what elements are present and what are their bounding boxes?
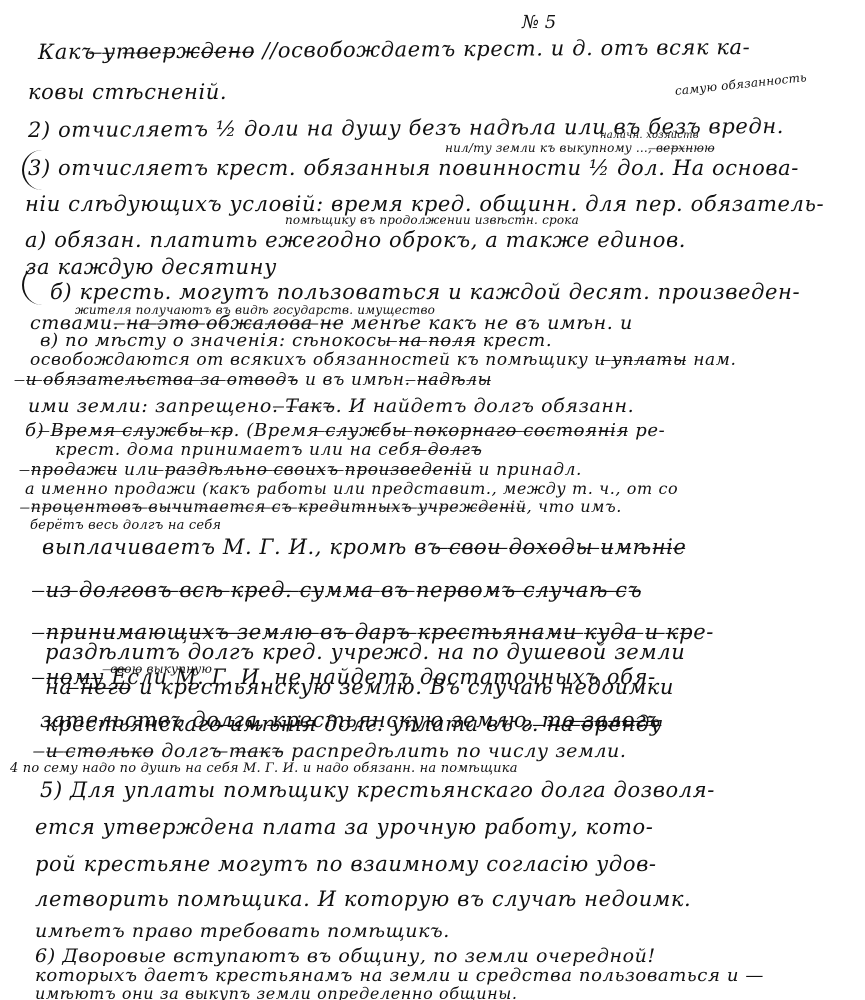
- text-line: крест. дома принимаетъ или на себя ̶д̶о̶…: [55, 440, 483, 460]
- text-line: освобождаются от всякихъ обязанностей къ…: [30, 350, 736, 370]
- text-line: ̶и̶ ̶с̶т̶о̶л̶ь̶к̶о̶ долгъ ̶т̶а̶к̶ъ̶ расп…: [45, 740, 627, 762]
- text-line: б) ̶В̶р̶е̶м̶я̶ ̶с̶л̶у̶ж̶б̶ы̶ ̶к̶р̶. (Вре…: [25, 420, 665, 441]
- text-line: а) обязан. платить ежегодно оброкъ, а та…: [25, 228, 686, 252]
- text-line: имѣютъ они за выкупъ земли определенно о…: [35, 984, 518, 1000]
- text-line: летворить помѣщика. И которую въ случаѣ …: [35, 887, 691, 911]
- text-line: б) кресть. могутъ пользоваться и каждой …: [50, 280, 800, 304]
- text-line: в) по мѣсту о значенія: сѣнокосы ̶н̶а̶ ̶…: [40, 330, 552, 351]
- text-line: имѣетъ право требовать помѣщикъ.: [35, 920, 450, 942]
- text-line: ̶п̶р̶о̶д̶а̶ж̶и̶ или ̶р̶а̶з̶д̶ѣ̶л̶ь̶н̶о̶ …: [30, 460, 582, 480]
- text-line: ̶и̶з̶ ̶д̶о̶л̶г̶о̶в̶ъ̶ ̶в̶с̶ѣ̶ ̶к̶р̶е̶д̶.…: [45, 578, 642, 602]
- text-line: 5) Для уплаты помѣщику крестьянскаго дол…: [40, 778, 715, 802]
- text-line: на ̶н̶е̶г̶о̶ и крестьянскую землю. Въ сл…: [45, 675, 674, 699]
- margin-note: 4 по сему надо по душѣ на себя М. Г. И. …: [10, 761, 518, 776]
- text-line: которыхъ даетъ крестьянамъ на земли и ср…: [35, 965, 764, 986]
- interlinear-insert: нил/ту земли къ выкупному ..., ̶в̶е̶р̶х̶…: [445, 141, 715, 155]
- text-line: а именно продажи (какъ работы или предст…: [25, 479, 678, 498]
- text-line: крестьянскаго ̶и̶м̶ѣ̶н̶і̶я̶ долг. уплата…: [45, 712, 663, 736]
- text-line: раздѣлитъ долгъ кред. учрежд. на по душе…: [45, 640, 685, 664]
- text-line: ̶и̶ ̶о̶б̶я̶з̶а̶т̶е̶л̶ь̶с̶т̶в̶а̶ ̶з̶а̶ ̶о…: [25, 370, 492, 390]
- text-line: 2) отчисляетъ ½ доли на душу безъ надѣла…: [28, 114, 784, 142]
- interlinear-insert: самую обязанность: [674, 70, 807, 98]
- text-line: ется утверждена плата за урочную работу,…: [35, 815, 654, 839]
- page-number-mark: № 5: [522, 12, 556, 33]
- interlinear-insert: ̶с̶в̶о̶ю̶ выкупную: [110, 662, 212, 676]
- text-line: берётъ весь долгъ на себя: [30, 518, 221, 533]
- text-line: выплачиваетъ М. Г. И., кромѣ въ ̶с̶в̶о̶и…: [42, 535, 686, 559]
- text-line: рой крестьяне могутъ по взаимному соглас…: [35, 852, 657, 876]
- text-line: ковы стѣсненій.: [28, 80, 227, 104]
- text-line: 3) отчисляетъ крест. обязанныя повинност…: [28, 156, 799, 180]
- text-line: за каждую десятину: [25, 255, 277, 279]
- text-line: 6) Дворовые вступаютъ въ общину, по земл…: [35, 945, 656, 967]
- manuscript-page: № 5 самую обязанность нил/ту земли къ вы…: [0, 0, 865, 1000]
- text-line: ніи слѣдующихъ условій: время кред. общи…: [25, 192, 824, 216]
- text-line: Какъ ̶у̶т̶в̶е̶р̶ж̶д̶е̶н̶о̶ //освобождает…: [38, 35, 750, 64]
- text-line: ими земли: запрещено. ̶Т̶а̶к̶ъ̶. И найде…: [28, 395, 634, 417]
- text-line: ̶п̶р̶о̶ц̶е̶н̶т̶о̶в̶ъ̶ ̶в̶ы̶ч̶и̶т̶а̶е̶т̶с…: [30, 497, 622, 516]
- margin-bracket: [22, 150, 44, 190]
